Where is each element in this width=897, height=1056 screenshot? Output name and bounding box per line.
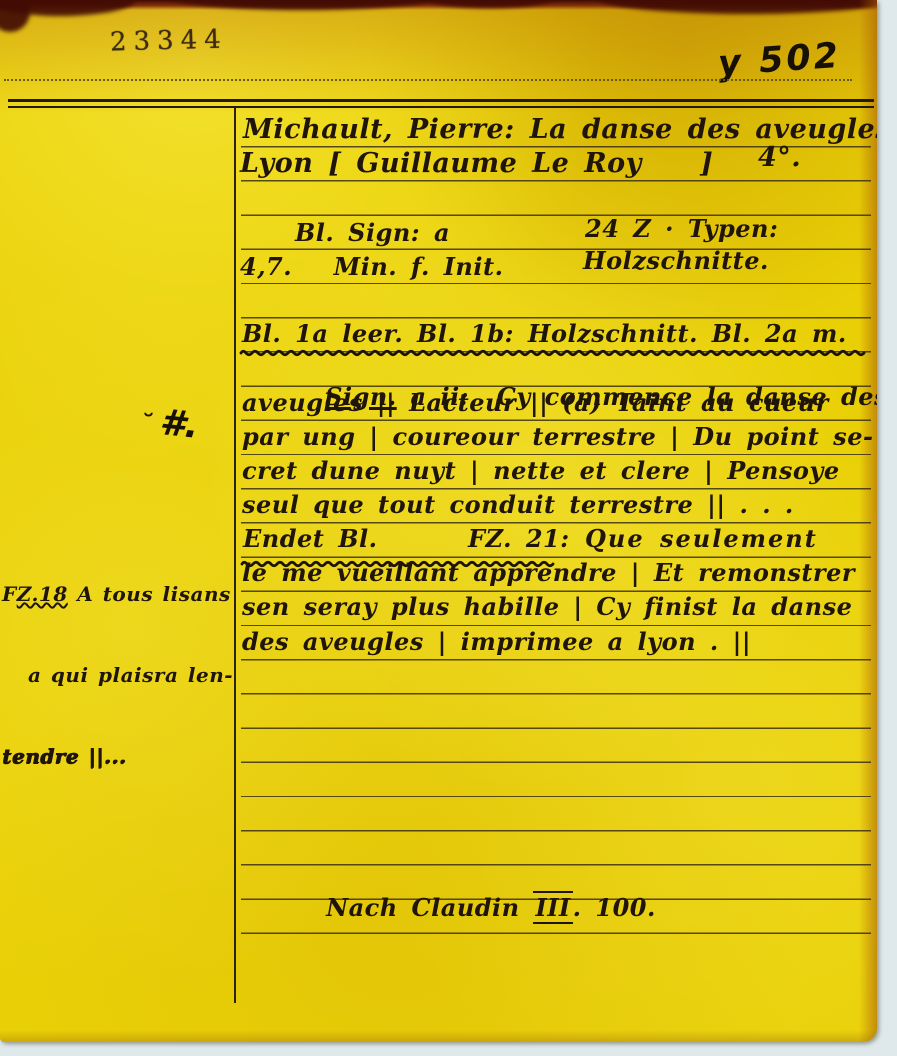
- catalog-card: 23344 y 502 Michault, Pierre: La danse d…: [0, 0, 877, 1042]
- shelfmark-handwritten: y 502: [717, 36, 843, 84]
- top-edge-ink-blob: [598, 0, 877, 14]
- top-left-corner-shadow: [0, 0, 30, 32]
- imprint-bracket-close: ]: [700, 148, 713, 179]
- collation-min-init: 4,7. Min. f. Init.: [240, 253, 503, 281]
- reference-pre: Nach Claudin: [326, 893, 533, 922]
- card-bottom-edge-shading: [0, 1030, 877, 1042]
- accession-number-stamp: 23344: [110, 24, 228, 57]
- double-rule-top: [8, 99, 874, 102]
- margin-fz-ref: Z.18: [17, 582, 68, 606]
- margin-divider-line: [234, 108, 236, 1003]
- margin-fz-rest: A tous lisans: [68, 582, 231, 606]
- explicit-line-1: Que seulement: [585, 525, 818, 553]
- margin-fz-pre: F: [2, 582, 17, 606]
- title-line: Michault, Pierre: La danse des aveugles …: [243, 114, 877, 145]
- incipit-line-4: par ung | coureour terrestre | Du point …: [242, 423, 873, 451]
- collation-holzschnitte: Holzschnitte.: [583, 247, 769, 275]
- hash-mark: #.: [158, 402, 201, 447]
- double-rule-bottom: [8, 106, 874, 108]
- incipit-line-6: seul que tout conduit terrestre || . . .: [242, 491, 794, 519]
- margin-fz-line-3: tendre ||...: [2, 743, 233, 770]
- reference-page: . 100.: [573, 893, 656, 922]
- explicit-line-4: des aveugles | imprimee a lyon . ||: [242, 628, 751, 656]
- reference-line: Nach Claudin III. 100.: [243, 866, 656, 949]
- endet-label: Endet Bl.: [243, 525, 378, 553]
- imprint-format: 4°.: [758, 142, 801, 173]
- margin-fz-line-2: a qui plaisra len-: [2, 662, 233, 689]
- incipit-line-3: aveugles || Lacteur || (a) Taint au cueu…: [242, 389, 829, 417]
- collation-signatures: Bl. Sign: a: [295, 219, 450, 247]
- margin-fz-line-1: FZ.18 A tous lisans: [2, 581, 233, 608]
- breve-mark: ˘: [142, 410, 155, 440]
- incipit-line-1: Bl. 1a leer. Bl. 1b: Holzschnitt. Bl. 2a…: [242, 320, 847, 348]
- collation-lines-types: 24 Z · Typen:: [585, 215, 778, 243]
- explicit-folio-ref: FZ. 21:: [468, 525, 570, 553]
- scan-background: 23344 y 502 Michault, Pierre: La danse d…: [0, 0, 897, 1056]
- reference-volume-roman: III: [533, 891, 572, 924]
- explicit-line-2: le me vueillant apprendre | Et remonstre…: [242, 559, 855, 587]
- imprint-place-publisher: Lyon [ Guillaume Le Roy: [240, 148, 642, 179]
- explicit-line-3: sen seray plus habille | Cy finist la da…: [242, 593, 852, 621]
- incipit-line-5: cret dune nuyt | nette et clere | Pensoy…: [242, 457, 840, 485]
- margin-fz-note: FZ.18 A tous lisans a qui plaisra len- t…: [2, 527, 233, 824]
- dotted-header-line: [4, 79, 852, 81]
